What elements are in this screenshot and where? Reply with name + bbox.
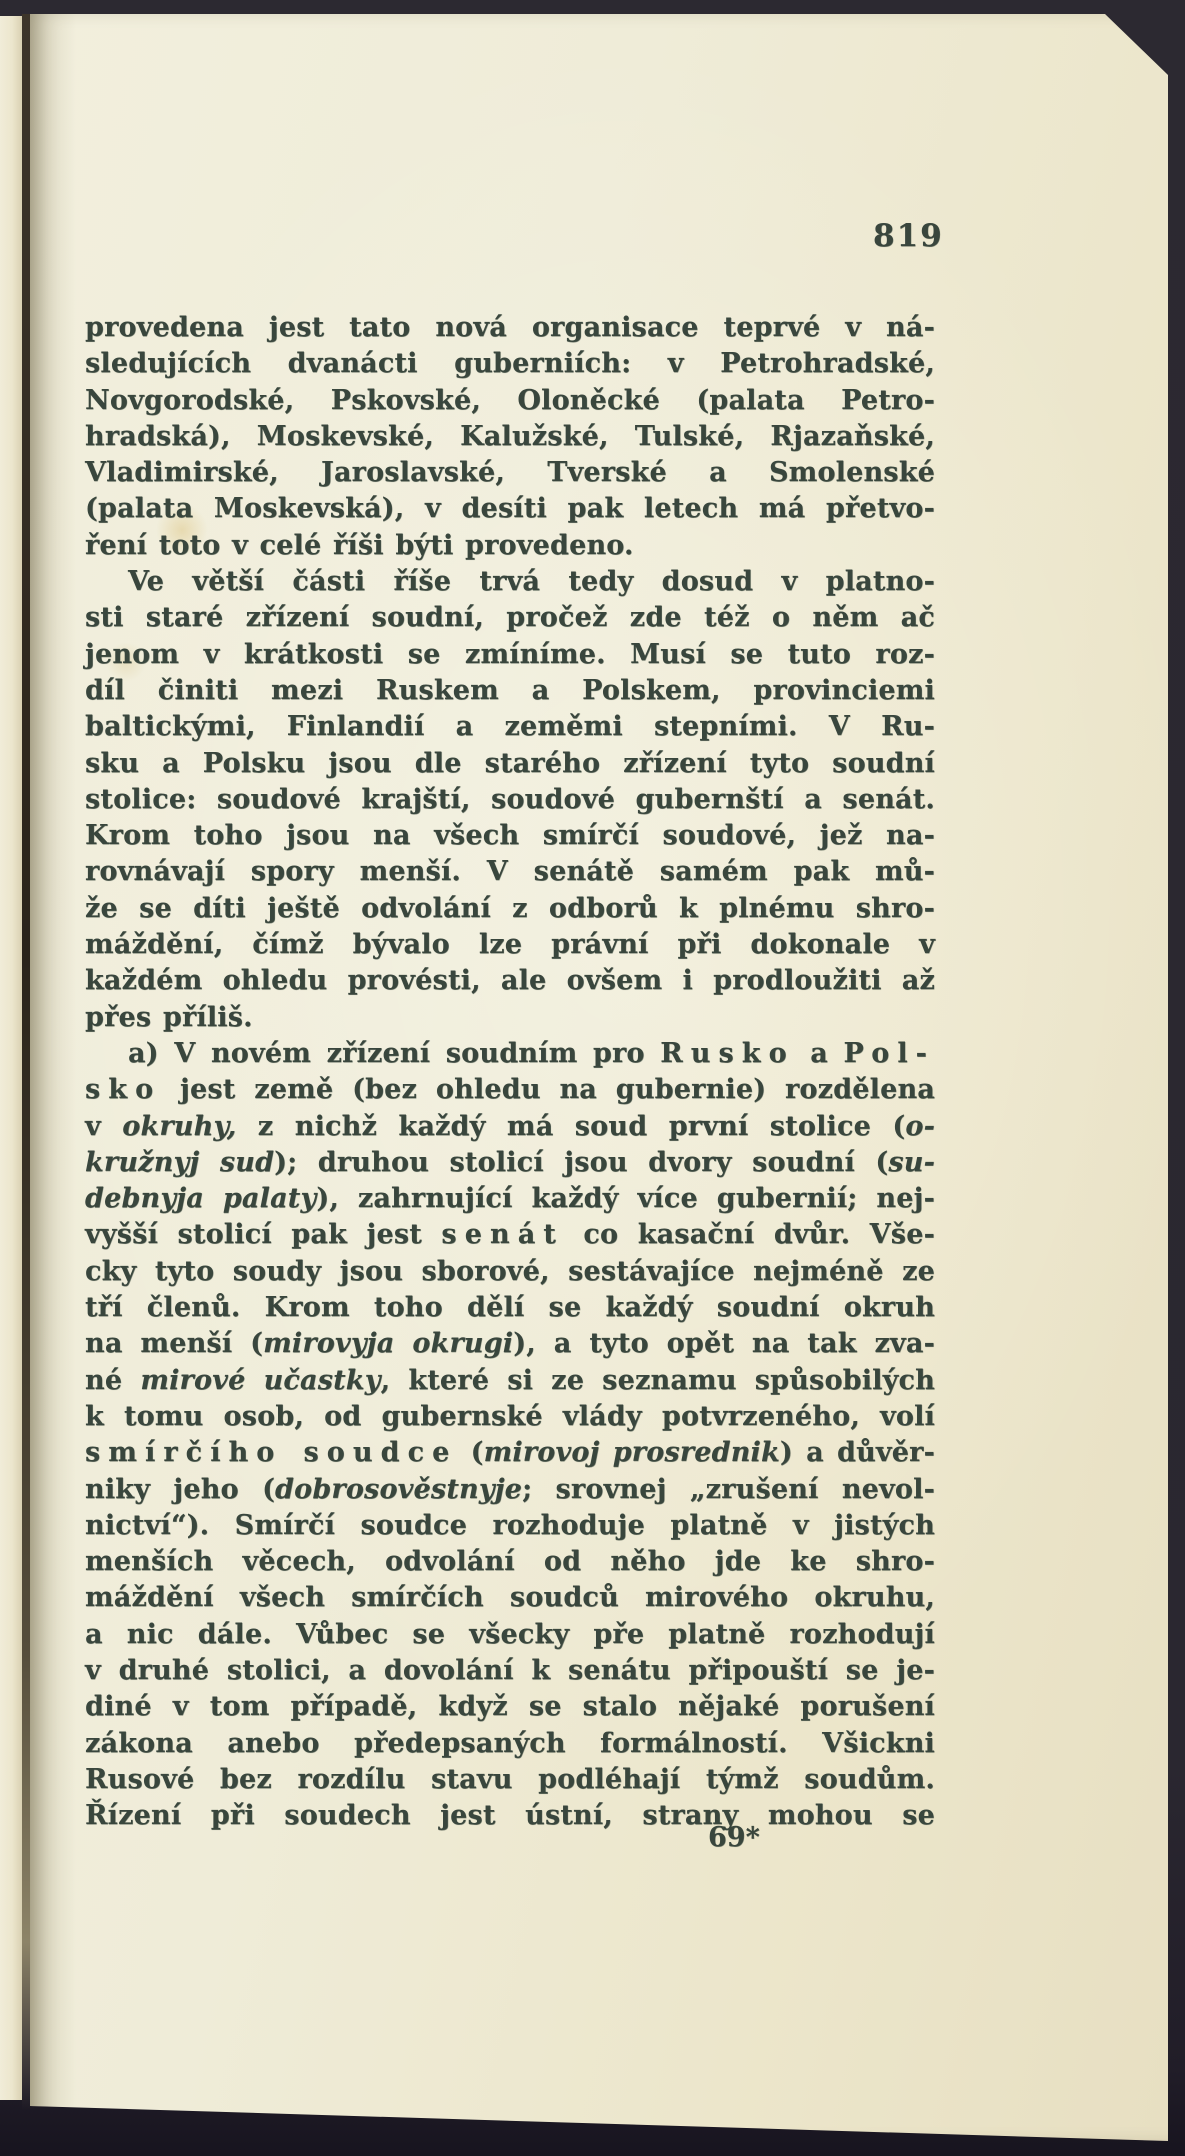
text-line: Novgorodské, Pskovské, Oloněcké (palata … xyxy=(85,383,935,419)
text-line: sledujících dvanácti guberniích: v Petro… xyxy=(85,346,935,382)
text-segment: v xyxy=(85,1111,122,1142)
text-line: menších věcech, odvolání od něho jde ke … xyxy=(85,1544,935,1580)
text-line: rovnávají spory menší. V senátě samém pa… xyxy=(85,854,935,890)
text-segment: vyšší stolicí pak jest xyxy=(85,1219,441,1250)
text-segment: senát xyxy=(441,1219,563,1250)
text-line: že se díti ještě odvolání z odborů k pln… xyxy=(85,891,935,927)
text-line: sti staré zřízení soudní, pročež zde též… xyxy=(85,600,935,636)
text-line: kružnyj sud); druhou stolicí jsou dvory … xyxy=(85,1145,935,1181)
text-segment: stolice: soudové krajští, soudové gubern… xyxy=(85,784,935,815)
text-segment: Rusko xyxy=(660,1038,795,1069)
text-segment: sti staré zřízení soudní, pročež zde též… xyxy=(85,602,935,633)
text-line: Rusové bez rozdílu stavu podléhají týmž … xyxy=(85,1762,935,1798)
text-segment: k tomu osob, od gubernské vlády potvrzen… xyxy=(85,1401,935,1432)
signature-mark: 69* xyxy=(708,1822,760,1853)
text-segment: ( xyxy=(457,1437,483,1468)
text-line: v druhé stolici, a dovolání k senátu při… xyxy=(85,1653,935,1689)
text-line: (palata Moskevská), v desíti pak letech … xyxy=(85,491,935,527)
text-line: nictví“). Smírčí soudce rozhoduje platně… xyxy=(85,1508,935,1544)
text-line: sko jest země (bez ohledu na gubernie) r… xyxy=(85,1072,935,1108)
text-segment: máždění, čímž bývalo lze právní při doko… xyxy=(85,929,935,960)
text-line: k tomu osob, od gubernské vlády potvrzen… xyxy=(85,1399,935,1435)
text-line: zákona anebo předepsaných formálností. V… xyxy=(85,1726,935,1762)
text-segment: a) V novém zřízení soudním pro xyxy=(128,1038,660,1069)
text-segment: z nichž každý má soud první stolice ( xyxy=(236,1111,905,1142)
text-line: provedena jest tato nová organisace tepr… xyxy=(85,310,935,346)
text-line: debnyja palaty), zahrnující každý více g… xyxy=(85,1181,935,1217)
page-number: 819 xyxy=(873,218,944,254)
text-segment: ); druhou stolicí jsou dvory soudní ( xyxy=(274,1147,888,1178)
text-line: máždění všech smírčích soudců mirového o… xyxy=(85,1580,935,1616)
text-segment: a nic dále. Vůbec se všecky pře platně r… xyxy=(85,1619,935,1650)
text-line: smírčího soudce (mirovoj prosrednik) a d… xyxy=(85,1435,935,1471)
text-segment: Vladimirské, Jaroslavské, Tverské a Smol… xyxy=(85,457,935,488)
text-segment: jenom v krátkosti se zmíníme. Musí se tu… xyxy=(85,639,935,670)
text-segment: ) a důvěr- xyxy=(780,1437,935,1468)
text-segment: provedena jest tato nová organisace tepr… xyxy=(85,312,935,343)
italic-term: dobrosověstnyje xyxy=(275,1474,522,1505)
text-segment: v druhé stolici, a dovolání k senátu při… xyxy=(85,1655,935,1686)
text-line: máždění, čímž bývalo lze právní při doko… xyxy=(85,927,935,963)
italic-term: su- xyxy=(888,1147,935,1178)
text-line: jenom v krátkosti se zmíníme. Musí se tu… xyxy=(85,637,935,673)
text-line: né mirové učastky, které si ze seznamu s… xyxy=(85,1363,935,1399)
italic-term: okruhy, xyxy=(122,1111,236,1142)
text-line: v okruhy, z nichž každý má soud první st… xyxy=(85,1109,935,1145)
text-segment: hradská), Moskevské, Kalužské, Tulské, R… xyxy=(85,421,935,452)
text-segment: baltickými, Finlandií a zeměmi stepními.… xyxy=(85,711,935,742)
scanned-book-photo: 819 provedena jest tato nová organisace … xyxy=(0,0,1185,2156)
text-segment: menších věcech, odvolání od něho jde ke … xyxy=(85,1546,935,1577)
text-segment: tří členů. Krom toho dělí se každý soudn… xyxy=(85,1292,935,1323)
text-line: ření toto v celé říši býti provedeno. xyxy=(85,528,935,564)
text-segment: Krom toho jsou na všech smírčí soudové, … xyxy=(85,820,935,851)
text-segment: a xyxy=(795,1038,844,1069)
text-segment: né xyxy=(85,1365,140,1396)
text-segment: Pol- xyxy=(844,1038,935,1069)
text-segment: nictví“). Smírčí soudce rozhoduje platně… xyxy=(85,1510,935,1541)
italic-term: mirovyja okrugi xyxy=(263,1328,513,1359)
text-segment: přes příliš. xyxy=(85,1002,253,1033)
text-segment: Ve větší části říše trvá tedy dosud v pl… xyxy=(128,566,935,597)
text-segment: , které si ze seznamu spůsobilých xyxy=(381,1365,935,1396)
italic-term: kružnyj sud xyxy=(85,1147,274,1178)
text-segment: každém ohledu provésti, ale ovšem i prod… xyxy=(85,965,935,996)
text-line: a nic dále. Vůbec se všecky pře platně r… xyxy=(85,1617,935,1653)
text-line: hradská), Moskevské, Kalužské, Tulské, R… xyxy=(85,419,935,455)
text-segment: zákona anebo předepsaných formálností. V… xyxy=(85,1728,935,1759)
text-line: Řízení při soudech jest ústní, strany mo… xyxy=(85,1798,935,1834)
text-line: baltickými, Finlandií a zeměmi stepními.… xyxy=(85,709,935,745)
text-segment: sledujících dvanácti guberniích: v Petro… xyxy=(85,348,935,379)
text-segment: Novgorodské, Pskovské, Oloněcké (palata … xyxy=(85,385,935,416)
text-segment: Rusové bez rozdílu stavu podléhají týmž … xyxy=(85,1764,935,1795)
text-segment: niky jeho ( xyxy=(85,1474,275,1505)
text-line: díl činiti mezi Ruskem a Polskem, provin… xyxy=(85,673,935,709)
text-segment: sku a Polsku jsou dle starého zřízení ty… xyxy=(85,748,935,779)
text-segment: ), zahrnující každý více gubernií; nej- xyxy=(316,1183,935,1214)
text-segment: (palata Moskevská), v desíti pak letech … xyxy=(85,493,935,524)
body-text: provedena jest tato nová organisace tepr… xyxy=(85,310,935,1834)
text-line: Krom toho jsou na všech smírčí soudové, … xyxy=(85,818,935,854)
text-segment: smírčího soudce xyxy=(85,1437,457,1468)
italic-term: debnyja palaty xyxy=(85,1183,316,1214)
text-segment: Řízení při soudech jest ústní, strany mo… xyxy=(85,1800,935,1831)
text-segment: díl činiti mezi Ruskem a Polskem, provin… xyxy=(85,675,935,706)
text-segment: rovnávají spory menší. V senátě samém pa… xyxy=(85,856,935,887)
text-segment: máždění všech smírčích soudců mirového o… xyxy=(85,1582,935,1613)
text-segment: diné v tom případě, když se stalo nějaké… xyxy=(85,1691,935,1722)
text-segment: jest země (bez ohledu na gubernie) rozdě… xyxy=(161,1074,935,1105)
text-segment: ; srovnej „zrušení nevol- xyxy=(522,1474,935,1505)
text-segment: co kasační dvůr. Vše- xyxy=(564,1219,935,1250)
italic-term: mirovoj prosrednik xyxy=(484,1437,780,1468)
text-line: stolice: soudové krajští, soudové gubern… xyxy=(85,782,935,818)
text-segment: sko xyxy=(85,1074,161,1105)
italic-term: mirové učastky xyxy=(140,1365,380,1396)
book-page: 819 provedena jest tato nová organisace … xyxy=(30,14,1168,2141)
text-line: a) V novém zřízení soudním pro Rusko a P… xyxy=(85,1036,935,1072)
text-segment: ), a tyto opět na tak zva- xyxy=(513,1328,935,1359)
text-line: tří členů. Krom toho dělí se každý soudn… xyxy=(85,1290,935,1326)
text-segment: cky tyto soudy jsou sborové, sestávajíce… xyxy=(85,1256,935,1287)
text-line: niky jeho (dobrosověstnyje; srovnej „zru… xyxy=(85,1472,935,1508)
text-line: na menší (mirovyja okrugi), a tyto opět … xyxy=(85,1326,935,1362)
text-line: diné v tom případě, když se stalo nějaké… xyxy=(85,1689,935,1725)
text-line: cky tyto soudy jsou sborové, sestávajíce… xyxy=(85,1254,935,1290)
text-line: Vladimirské, Jaroslavské, Tverské a Smol… xyxy=(85,455,935,491)
italic-term: o- xyxy=(905,1111,935,1142)
text-segment: na menší ( xyxy=(85,1328,263,1359)
facing-page-edge xyxy=(0,16,22,2100)
text-line: přes příliš. xyxy=(85,1000,935,1036)
text-segment: ření toto v celé říši býti provedeno. xyxy=(85,530,634,561)
text-line: každém ohledu provésti, ale ovšem i prod… xyxy=(85,963,935,999)
text-segment: že se díti ještě odvolání z odborů k pln… xyxy=(85,893,935,924)
text-line: vyšší stolicí pak jest senát co kasační … xyxy=(85,1217,935,1253)
text-line: sku a Polsku jsou dle starého zřízení ty… xyxy=(85,746,935,782)
text-line: Ve větší části říše trvá tedy dosud v pl… xyxy=(85,564,935,600)
